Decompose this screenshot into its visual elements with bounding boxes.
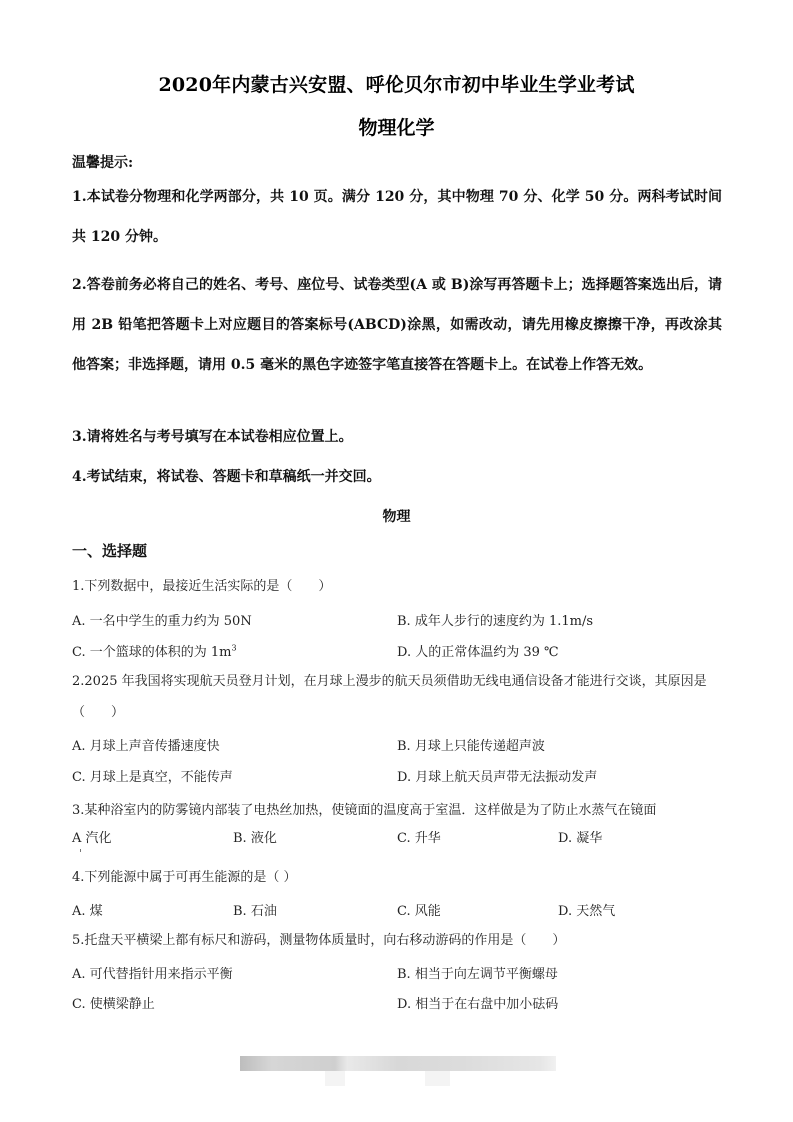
question-5-option-b: B. 相当于向左调节平衡螺母	[397, 963, 558, 982]
section-title: 物理	[0, 506, 793, 526]
notice-item-4: 4.考试结束，将试卷、答题卡和草稿纸一并交回。	[72, 457, 722, 497]
question-3-option-b: B. 液化	[233, 827, 277, 846]
question-1-option-c: C. 一个篮球的体积的为 1m3	[72, 641, 237, 660]
question-5-option-d: D. 相当于在右盘中加小砝码	[397, 993, 558, 1012]
exam-title: 2020年内蒙古兴安盟、呼伦贝尔市初中毕业生学业考试	[0, 70, 793, 97]
question-1-option-d: D. 人的正常体温约为 39 ℃	[397, 641, 559, 660]
question-3-option-a: A 汽化	[72, 827, 112, 846]
question-3-option-d: D. 凝华	[558, 827, 602, 846]
question-3-stem: 3.某种浴室内的防雾镜内部装了电热丝加热，使镜面的温度高于室温．这样做是为了防止…	[72, 795, 724, 826]
blurred-footer-fragment	[425, 1071, 450, 1086]
question-2-option-b: B. 月球上只能传递超声波	[397, 735, 545, 754]
question-2-option-c: C. 月球上是真空，不能传声	[72, 766, 233, 785]
question-2-stem: 2.2025 年我国将实现航天员登月计划，在月球上漫步的航天员须借助无线电通信设…	[72, 666, 724, 728]
question-4-option-c: C. 风能	[397, 900, 441, 919]
question-5-option-c: C. 使横梁静止	[72, 993, 155, 1012]
option-c-text: C. 一个篮球的体积的为 1m	[72, 645, 231, 660]
question-1-option-a: A. 一名中学生的重力约为 50N	[72, 610, 252, 629]
question-1-option-b: B. 成年人步行的速度约为 1.1m/s	[397, 610, 593, 629]
question-4-option-b: B. 石油	[233, 900, 277, 919]
superscript-3: 3	[231, 644, 236, 653]
question-2-option-d: D. 月球上航天员声带无法振动发声	[397, 766, 597, 785]
question-4-option-d: D. 天然气	[558, 900, 615, 919]
part-title: 一、选择题	[72, 540, 147, 561]
question-1-stem: 1.下列数据中，最接近生活实际的是（ ）	[72, 571, 724, 602]
exam-page: 2020年内蒙古兴安盟、呼伦贝尔市初中毕业生学业考试 物理化学 温馨提示: 1.…	[0, 0, 793, 1122]
scan-artifact-dot	[80, 849, 81, 852]
exam-subtitle: 物理化学	[0, 113, 793, 140]
blurred-footer-fragment	[325, 1071, 345, 1086]
notice-item-1: 1.本试卷分物理和化学两部分，共 10 页。满分 120 分，其中物理 70 分…	[72, 177, 722, 257]
notice-item-3: 3.请将姓名与考号填写在本试卷相应位置上。	[72, 417, 722, 457]
question-5-stem: 5.托盘天平横梁上都有标尺和游码，测量物体质量时，向右移动游码的作用是（ ）	[72, 925, 724, 956]
question-2-option-a: A. 月球上声音传播速度快	[72, 735, 220, 754]
question-4-option-a: A. 煤	[72, 900, 103, 919]
notice-heading: 温馨提示:	[72, 152, 133, 172]
question-3-option-c: C. 升华	[397, 827, 441, 846]
notice-item-2: 2.答卷前务必将自己的姓名、考号、座位号、试卷类型(A 或 B)涂写再答题卡上；…	[72, 265, 722, 385]
blurred-footer-watermark	[240, 1056, 556, 1071]
question-4-stem: 4.下列能源中属于可再生能源的是（ ）	[72, 862, 724, 893]
question-5-option-a: A. 可代替指针用来指示平衡	[72, 963, 233, 982]
